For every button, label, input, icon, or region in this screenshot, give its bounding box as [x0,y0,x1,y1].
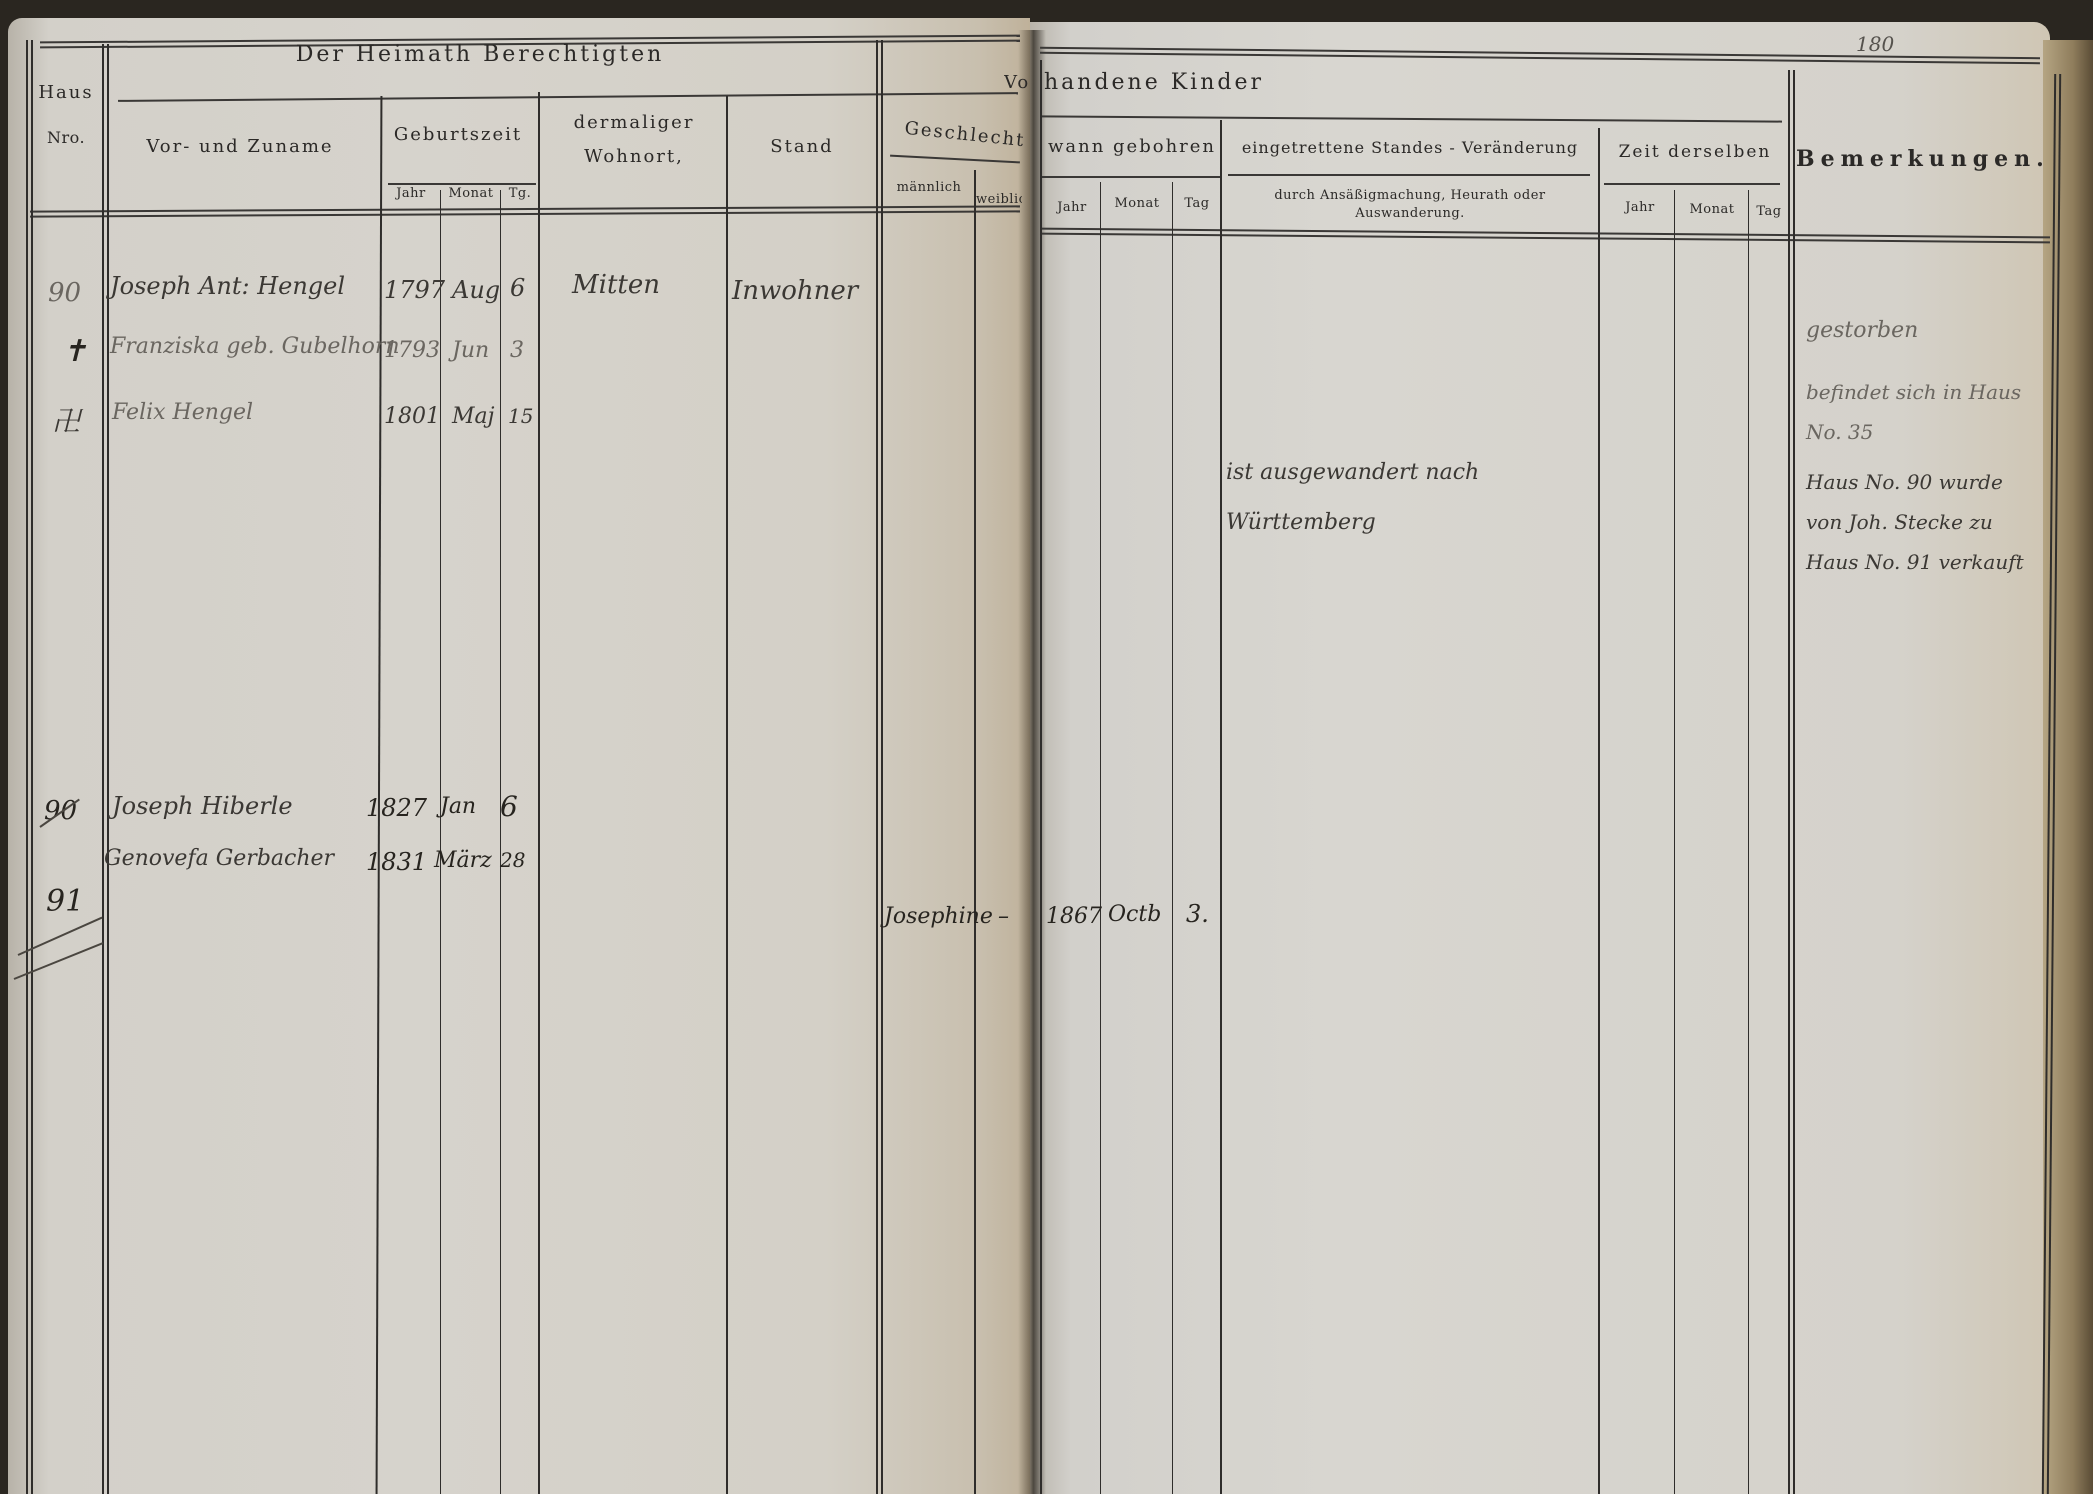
col-divider-born [1220,120,1222,1494]
col-divider-time [1788,70,1795,1494]
right-page [1030,22,2050,1494]
col-divider-haus [102,44,109,1494]
entry-3-mark: 卍 [52,400,80,440]
col-divider-month [500,190,501,1494]
header-time-month: Monat [1676,202,1748,217]
entry-1-birth-day: 6 [510,274,525,302]
entry-1-birth-month: Aug [452,276,500,304]
entry-5-child-female-mark: – [998,904,1009,929]
header-time-year: Jahr [1606,200,1674,215]
entry-4-birth-year: 1827 [366,794,427,822]
header-remarks: Bemerkungen. [1796,146,2046,172]
left-outer-border [26,40,33,1494]
entry-5-birth-day: 28 [500,848,525,872]
entry-4-name: Joseph Hiberle [112,792,293,820]
header-residence-line1: dermaliger [542,112,726,133]
entry-2-death-mark: ✝ [62,334,87,369]
entry-5-house-no: 91 [46,884,84,919]
col-divider-time-month [1748,190,1749,1494]
entry-2-remarks: befindet sich in Haus No. 35 [1806,372,2026,452]
header-status: Stand [730,136,874,157]
group-title-children: handene Kinder [1044,70,1264,95]
entry-4-birth-day: 6 [500,790,518,823]
header-birth-month: Monat [442,186,500,201]
time-sub-rule [1604,183,1780,185]
header-child-born: wann gebohren [1044,136,1220,157]
entry-1-residence: Mitten [572,270,660,300]
header-residence-line2: Wohnort, [542,146,726,167]
entry-3-remarks: Haus No. 90 wurde von Joh. Stecke zu Hau… [1806,462,2026,582]
entry-5-name: Genovefa Gerbacher [104,846,334,871]
entry-5-child-birth-day: 3. [1186,900,1209,928]
header-change-sub-1: durch Ansäßigmachung, Heurath oder [1224,188,1596,203]
col-divider-change [1598,128,1600,1494]
header-sex-female: weiblich [976,192,1022,207]
header-birth-year: Jahr [382,186,440,201]
header-time: Zeit derselben [1604,142,1786,162]
col-divider-residence [726,96,728,1494]
header-child-day: Tag [1174,196,1220,211]
birth-sub-rule [388,183,536,185]
entry-1-birth-year: 1797 [384,276,445,304]
entry-3-birth-year: 1801 [384,404,440,429]
entry-2-birth-month: Jun [452,338,489,363]
header-birth: Geburtszeit [380,124,536,145]
entry-4-birth-month: Jan [440,794,476,819]
right-inner-border [1040,60,1042,1494]
header-child-year: Jahr [1044,200,1100,215]
entry-2-name: Franziska geb. Gubelhorn [110,334,400,359]
entry-1-remarks: gestorben [1806,318,1918,343]
entry-5-child-name: Josephine [884,904,993,929]
header-birth-day: Tg. [502,186,538,201]
header-change: eingetrettene Standes - Veränderung [1224,138,1596,157]
entry-1-house-no: 90 [48,278,81,308]
header-name: Vor- und Zuname [110,136,370,157]
entry-5-birth-year: 1831 [366,848,427,876]
entry-3-birth-month: Maj [452,404,494,429]
col-divider-time-year [1674,190,1675,1494]
header-sex-male: männlich [884,180,974,195]
header-children-fragment: Vor [1004,72,1028,93]
entry-3-name: Felix Hengel [112,400,253,425]
entry-5-birth-month: März [434,848,492,873]
nro-label: Nro. [36,128,96,147]
entry-3-birth-day: 15 [508,404,533,428]
col-divider-child-month [1172,182,1173,1494]
group-title-heimath: Der Heimath Berechtigten [240,42,720,67]
change-sub-rule [1228,174,1590,176]
entry-5-child-birth-year: 1867 [1046,904,1102,929]
open-register-book: Haus Nro. Der Heimath Berechtigten Vor- … [0,0,2093,1494]
entry-1-name: Joseph Ant: Hengel [110,272,345,300]
entry-1-status: Inwohner [732,276,858,306]
haus-label: Haus [36,82,96,103]
col-divider-year [440,190,441,1494]
header-time-day: Tag [1750,204,1788,219]
col-divider-birth [538,92,540,1494]
entry-2-birth-year: 1793 [384,338,440,363]
entry-3-status-change: ist ausgewandert nach Württemberg [1226,448,1586,548]
entry-2-birth-day: 3 [510,338,524,363]
header-child-month: Monat [1102,196,1172,211]
entry-5-child-birth-month: Octb [1108,902,1161,927]
col-divider-sex [974,170,976,1494]
col-divider-child-year [1100,182,1101,1494]
born-sub-rule [1040,176,1220,178]
page-number: 180 [1856,32,1894,56]
col-divider-status [876,40,883,1494]
header-change-sub-2: Auswanderung. [1224,206,1596,221]
